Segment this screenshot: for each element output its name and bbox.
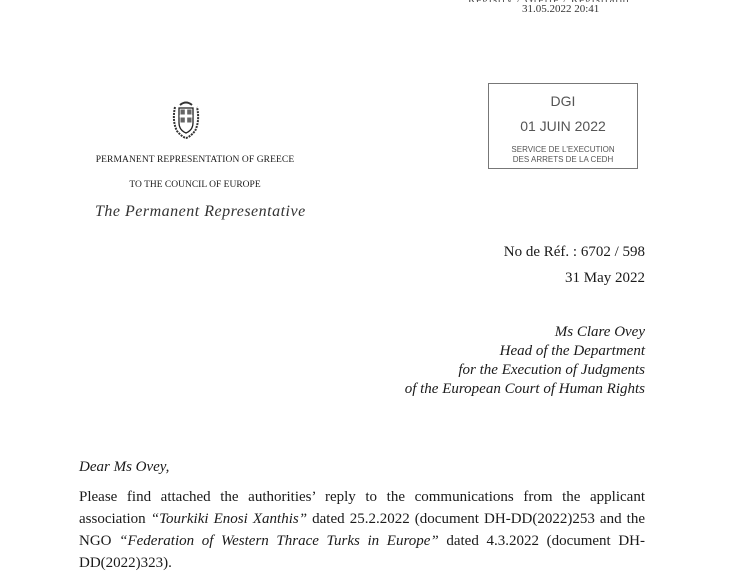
registry-line-cut: Registry / Greffe / Registratur [468,0,750,2]
received-stamp: DGI 01 JUIN 2022 SERVICE DE L'EXECUTION … [488,83,638,169]
recipient-name: Ms Clare Ovey [405,323,645,342]
stamp-date: 01 JUIN 2022 [489,118,637,134]
recipient-dept: for the Execution of Judgments [405,361,645,380]
recipient-org: of the European Court of Human Rights [405,380,645,399]
applicant-association-name: “Tourkiki Enosi Xanthis” [151,511,307,527]
reference-number: No de Réf. : 6702 / 598 [504,244,645,261]
recipient-title: Head of the Department [405,342,645,361]
stamp-department: DGI [489,93,637,109]
greek-coat-of-arms-icon [169,99,203,139]
registry-timestamp: 31.05.2022 20:41 [522,3,599,15]
salutation: Dear Ms Ovey, [79,459,169,476]
ngo-name: “Federation of Western Thrace Turks in E… [119,533,439,549]
stamp-service: SERVICE DE L'EXECUTION DES ARRETS DE LA … [489,145,637,165]
recipient-address: Ms Clare Ovey Head of the Department for… [405,323,645,399]
representative-script-title: The Permanent Representative [95,203,306,221]
org-name-line2: TO THE COUNCIL OF EUROPE [88,180,302,190]
letter-date: 31 May 2022 [565,270,645,287]
org-name-line1: PERMANENT REPRESENTATION OF GREECE [88,155,302,165]
body-paragraph: Please find attached the authorities’ re… [79,486,645,574]
